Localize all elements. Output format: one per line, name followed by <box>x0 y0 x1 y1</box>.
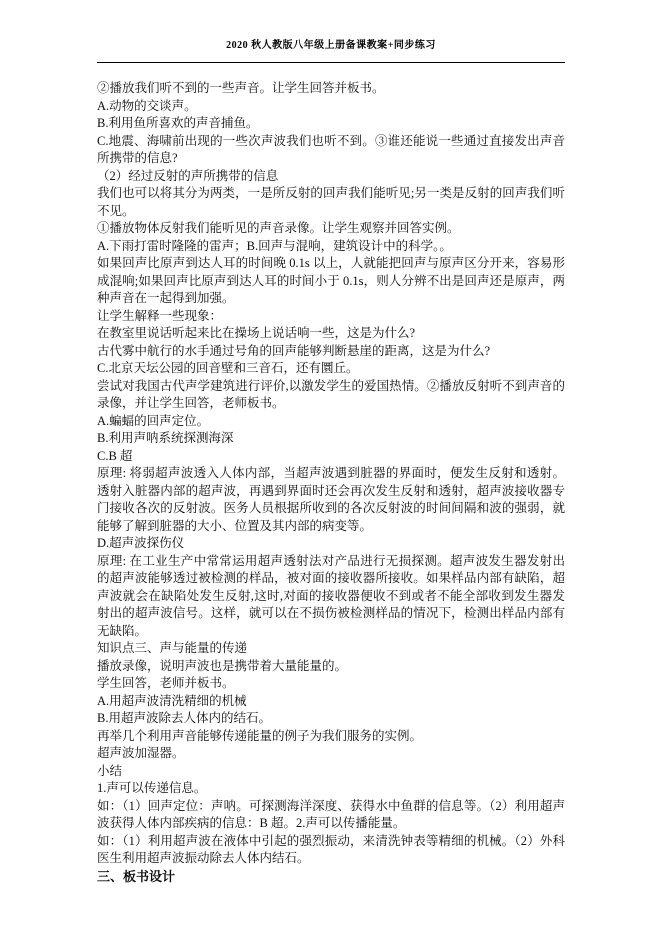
paragraph: B.利用声呐系统探测海深 <box>97 430 565 448</box>
section-heading-board-design: 三、板书设计 <box>97 868 565 886</box>
paragraph: 在教室里说话听起来比在操场上说话响一些，这是为什么? <box>97 325 565 343</box>
paragraph: 如：（1）回声定位：声呐。可探测海洋深度、获得水中鱼群的信息等。（2）利用超声波… <box>97 798 565 833</box>
paragraph: ②播放我们听不到的一些声音。让学生回答并板书。 <box>97 80 565 98</box>
paragraph: A.下雨打雷时隆隆的雷声；B.回声与混响，建筑设计中的科学。。 <box>97 238 565 256</box>
paragraph: 再举几个利用声音能够传递能量的例子为我们服务的实例。 <box>97 728 565 746</box>
paragraph: 1.声可以传递信息。 <box>97 780 565 798</box>
paragraph: B.利用鱼所喜欢的声音捕鱼。 <box>97 115 565 133</box>
paragraph: A.蝙蝠的回声定位。 <box>97 413 565 431</box>
paragraph: A.用超声波清洗精细的机械 <box>97 693 565 711</box>
paragraph: C.地震、海啸前出现的一些次声波我们也听不到。③谁还能说一些通过直接发出声音所携… <box>97 133 565 168</box>
paragraph: 古代雾中航行的水手通过号角的回声能够判断悬崖的距离，这是为什么? <box>97 343 565 361</box>
paragraph: 让学生解释一些现象： <box>97 308 565 326</box>
paragraph: 我们也可以将其分为两类，一是所反射的回声我们能听见;另一类是反射的回声我们听不见… <box>97 185 565 220</box>
paragraph: 知识点三、声与能量的传递 <box>97 640 565 658</box>
paragraph: D.超声波探伤仪 <box>97 535 565 553</box>
paragraph: C.B 超 <box>97 448 565 466</box>
paragraph: A.动物的交谈声。 <box>97 98 565 116</box>
paragraph: 尝试对我国古代声学建筑进行评价,以激发学生的爱国热情。②播放反射听不到声音的录像… <box>97 378 565 413</box>
document-body: ②播放我们听不到的一些声音。让学生回答并板书。 A.动物的交谈声。 B.利用鱼所… <box>97 80 565 885</box>
paragraph: C.北京天坛公园的回音壁和三音石，还有圜丘。 <box>97 360 565 378</box>
paragraph: 如果回声比原声到达人耳的时间晚 0.1s 以上，人就能把回声与原声区分开来，容易… <box>97 255 565 308</box>
paragraph: ①播放物体反射我们能听见的声音录像。让学生观察并回答实例。 <box>97 220 565 238</box>
paragraph: 小结 <box>97 763 565 781</box>
document-page: 2020 秋人教版八年级上册备课教案+同步练习 ②播放我们听不到的一些声音。让学… <box>0 0 661 935</box>
paragraph: 原理: 在工业生产中常常运用超声透射法对产品进行无损探测。超声波发生器发射出的超… <box>97 553 565 641</box>
paragraph: 如：（1）利用超声波在液体中引起的强烈振动，来清洗钟表等精细的机械。（2）外科医… <box>97 833 565 868</box>
page-header: 2020 秋人教版八年级上册备课教案+同步练习 <box>97 36 565 63</box>
paragraph: B.用超声波除去人体内的结石。 <box>97 710 565 728</box>
paragraph: （2）经过反射的声所携带的信息 <box>97 168 565 186</box>
paragraph: 原理: 将弱超声波透入人体内部，当超声波遇到脏器的界面时，便发生反射和透射。透射… <box>97 465 565 535</box>
paragraph: 播放录像，说明声波也是携带着大量能量的。 <box>97 658 565 676</box>
paragraph: 学生回答，老师并板书。 <box>97 675 565 693</box>
paragraph: 超声波加湿器。 <box>97 745 565 763</box>
